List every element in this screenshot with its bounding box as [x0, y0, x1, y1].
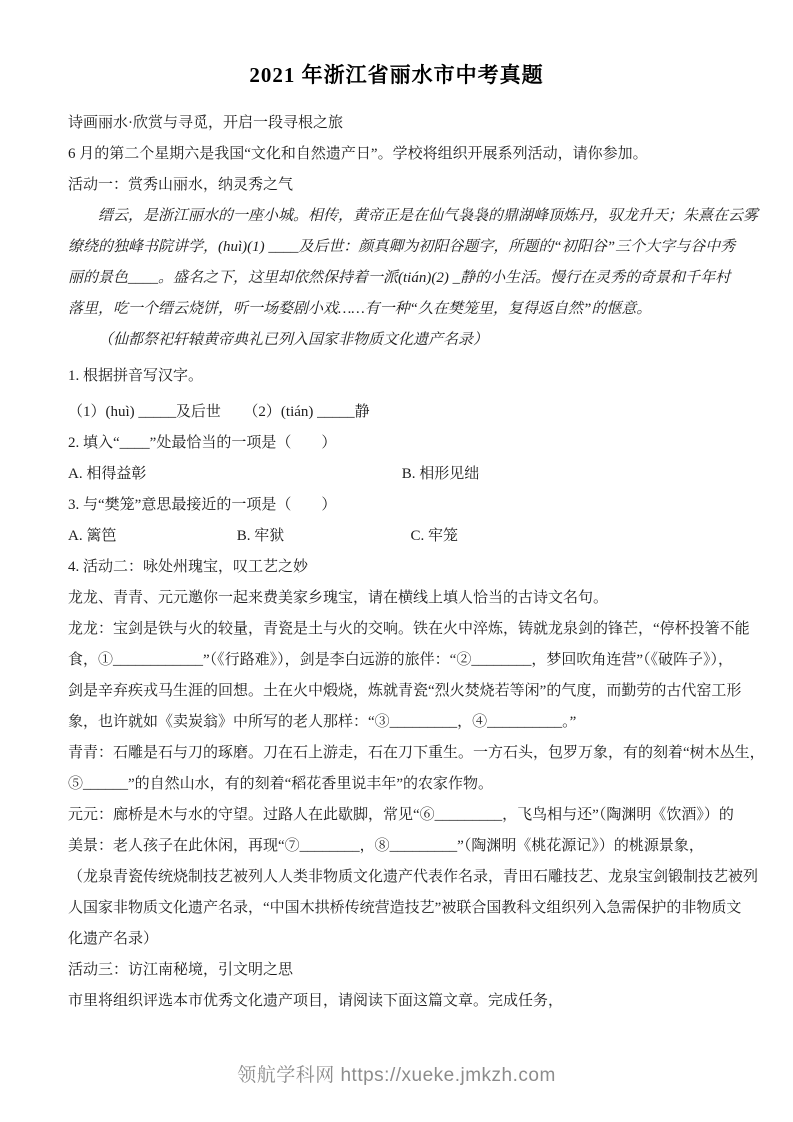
question-1-stem: 1. 根据拼音写汉字。 — [68, 361, 725, 392]
question-3-stem: 3. 与“樊笼”意思最接近的一项是（ ） — [68, 490, 725, 521]
heritage-note-line: （龙泉青瓷传统烧制技艺被列人人类非物质文化遗产代表作名录，青田石雕技艺、龙泉宝剑… — [68, 862, 725, 893]
question-2-stem: 2. 填入“____”处最恰当的一项是（ ） — [68, 428, 725, 459]
longlong-line: 食，①____________”（《行路难》），剑是李白远游的旅伴：“②____… — [68, 645, 725, 676]
yuanyuan-line: 元元：廊桥是木与水的守望。过路人在此歇脚，常见“⑥_________，飞鸟相与还… — [68, 800, 725, 831]
page-title: 2021 年浙江省丽水市中考真题 — [68, 58, 725, 92]
question-1-blanks: （1）(huì) _____及后世 （2）(tián) _____静 — [68, 397, 725, 428]
question-3-options: A. 篱笆 B. 牢狱 C. 牢笼 — [68, 521, 725, 552]
heritage-note-line: 人国家非物质文化遗产名录，“中国木拱桥传统营造技艺”被联合国教科文组织列入急需保… — [68, 893, 725, 924]
exam-document-page: 2021 年浙江省丽水市中考真题 诗画丽水·欣赏与寻觅，开启一段寻根之旅 6 月… — [0, 0, 793, 1122]
passage-line: 缙云，是浙江丽水的一座小城。相传，黄帝正是在仙气袅袅的鼎湖峰顶炼丹，驭龙升天；朱… — [68, 201, 725, 232]
longlong-line: 象，也许就如《卖炭翁》中所写的老人那样：“③_________，④_______… — [68, 707, 725, 738]
question-4-intro: 龙龙、青青、元元邀你一起来费美家乡瑰宝，请在横线上填人恰当的古诗文名句。 — [68, 583, 725, 614]
heritage-note-line: 化遗产名录） — [68, 924, 725, 955]
watermark: 领航学科网 https://xueke.jmkzh.com — [0, 1060, 793, 1087]
option-a: A. 篱笆 — [68, 521, 233, 552]
passage-line: 落里，吃一个缙云烧饼，听一场婺剧小戏……有一种“久在樊笼里，复得返自然”的惬意。 — [68, 294, 725, 325]
qingqing-line: 青青：石雕是石与刀的琢磨。刀在石上游走，石在刀下重生。一方石头，包罗万象，有的刻… — [68, 738, 725, 769]
option-b: B. 牢狱 — [237, 521, 407, 552]
longlong-line: 剑是辛弃疾戎马生涯的回想。土在火中煅烧，炼就青瓷“烈火焚烧若等闲”的气度，而勤劳… — [68, 676, 725, 707]
yuanyuan-line: 美景：老人孩子在此休闲，再现“⑦________，⑧_________”（陶渊明… — [68, 831, 725, 862]
passage-line: 丽的景色____。盛名之下，这里却依然保持着一派(tián)(2) _静的小生活… — [68, 263, 725, 294]
passage-source-note: （仙都祭祀轩辕黄帝典礼已列入国家非物质文化遗产名录） — [68, 325, 725, 356]
option-b: B. 相形见绌 — [402, 459, 480, 490]
option-c: C. 牢笼 — [411, 521, 459, 552]
activity3-task: 市里将组织评选本市优秀文化遗产项目，请阅读下面这篇文章。完成任务， — [68, 986, 725, 1017]
question-4-stem: 4. 活动二：咏处州瑰宝，叹工艺之妙 — [68, 552, 725, 583]
subtitle: 诗画丽水·欣赏与寻觅，开启一段寻根之旅 — [68, 108, 725, 139]
question-2-options: A. 相得益彰 B. 相形见绌 — [68, 459, 725, 490]
option-a: A. 相得益彰 — [68, 459, 398, 490]
qingqing-line: ⑤______”的自然山水，有的刻着“稻花香里说丰年”的农家作物。 — [68, 769, 725, 800]
passage-line: 缭绕的独峰书院讲学，(huì)(1) ____及后世：颜真卿为初阳谷题字，所题的… — [68, 232, 725, 263]
intro-context: 6 月的第二个星期六是我国“文化和自然遗产日”。学校将组织开展系列活动，请你参加… — [68, 139, 725, 170]
longlong-line: 龙龙：宝剑是铁与火的较量，青瓷是土与火的交响。铁在火中淬炼，铸就龙泉剑的锋芒，“… — [68, 614, 725, 645]
activity3-heading: 活动三：访江南秘境，引文明之思 — [68, 955, 725, 986]
activity1-heading: 活动一：赏秀山丽水，纳灵秀之气 — [68, 170, 725, 201]
